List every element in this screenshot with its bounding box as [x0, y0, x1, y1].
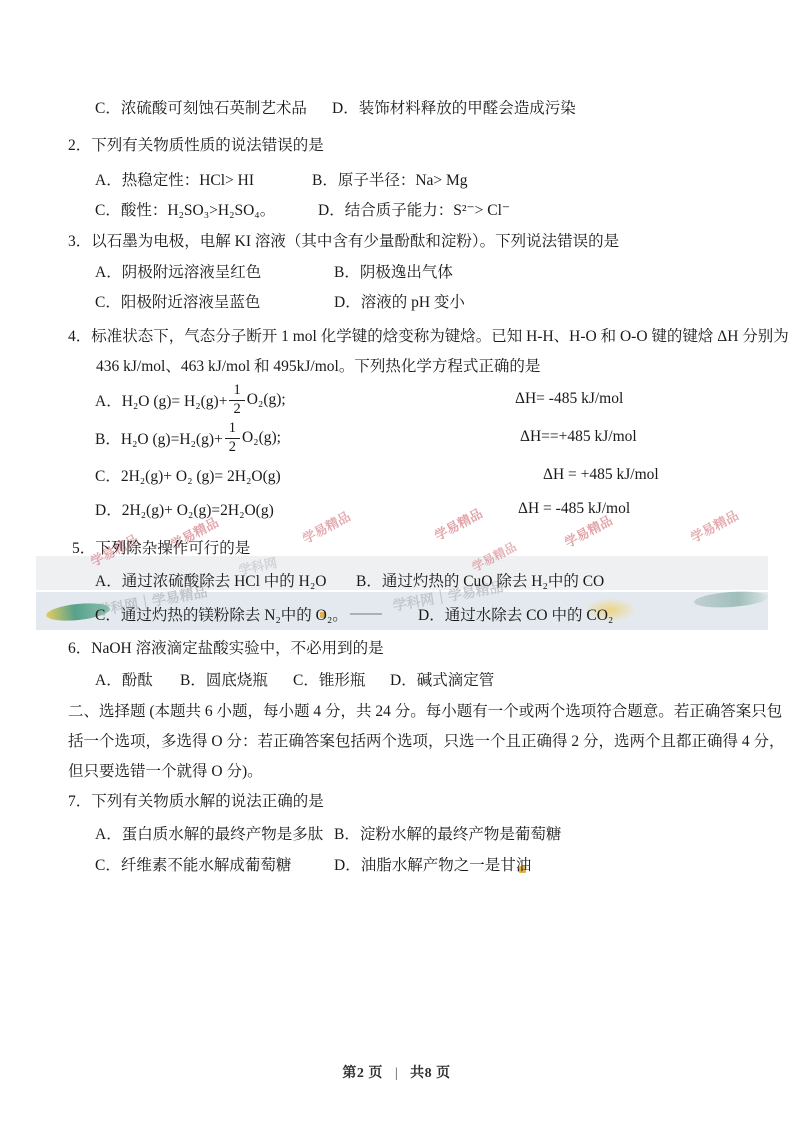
question-3-stem: 3．以石墨为电极，电解 KI 溶液（其中含有少量酚酞和淀粉）。下列说法错误的是 — [68, 231, 619, 252]
question-4-option-c: C．2H₂(g)+ O₂ (g)= 2H₂O(g) — [95, 466, 281, 487]
watermark-text: 学易精品 — [431, 503, 486, 544]
question-4-option-a-dh: ΔH= -485 kJ/mol — [515, 390, 623, 408]
question-1-option-c: C．浓硫酸可刻蚀石英制艺术品 — [95, 98, 307, 119]
question-6-option-d: D．碱式滴定管 — [390, 670, 494, 691]
question-4-option-b: B．H₂O (g)=H₂(g)+ 1 2 O₂(g); — [95, 416, 281, 460]
footer-page-number: 第2 页 — [342, 1066, 383, 1081]
question-1-option-d: D．装饰材料释放的甲醛会造成污染 — [332, 98, 576, 119]
question-5-option-a: A．通过浓硫酸除去 HCl 中的 H₂O — [95, 571, 326, 592]
question-4-option-d: D．2H₂(g)+ O₂(g)=2H₂O(g) — [95, 500, 274, 521]
equation-text: O₂(g); — [242, 429, 281, 447]
question-5-stem: 5．下列除杂操作可行的是 — [72, 538, 250, 559]
question-2-option-c: C．酸性：H₂SO₃>H₂SO₄。 — [95, 200, 275, 221]
page-footer: 第2 页|共8 页 — [0, 1062, 793, 1082]
question-4-option-c-dh: ΔH = +485 kJ/mol — [543, 466, 659, 484]
question-5-option-b: B．通过灼热的 CuO 除去 H₂中的 CO — [356, 571, 604, 592]
question-4-stem-line1: 4．标准状态下，气态分子断开 1 mol 化学键的焓变称为键焓。已知 H-H、H… — [68, 326, 789, 347]
equation-text: A．H₂O (g)= H₂(g)+ — [95, 389, 227, 411]
equation-text: O₂(g); — [247, 391, 286, 409]
question-4-option-b-dh: ΔH==+485 kJ/mol — [520, 428, 637, 446]
question-3-option-a: A．阴极附远溶液呈红色 — [95, 262, 261, 283]
section-2-header-line1: 二、选择题 (本题共 6 小题，每小题 4 分，共 24 分。每小题有一个或两个… — [68, 701, 782, 722]
section-2-header-line2: 括一个选项，多选得 O 分：若正确答案包括两个选项，只选一个且正确得 2 分，选… — [68, 731, 784, 752]
question-2-option-b: B．原子半径：Na> Mg — [312, 170, 468, 191]
question-7-option-b: B．淀粉水解的最终产物是葡萄糖 — [334, 824, 561, 845]
question-4-stem-line2: 436 kJ/mol、463 kJ/mol 和 495kJ/mol。下列热化学方… — [96, 356, 540, 377]
section-2-header-line3: 但只要选错一个就得 O 分)。 — [68, 761, 263, 782]
question-2-option-a: A．热稳定性：HCl> HI — [95, 170, 254, 191]
question-3-option-b: B．阴极逸出气体 — [334, 262, 453, 283]
question-6-stem: 6．NaOH 溶液滴定盐酸实验中，不必用到的是 — [68, 638, 384, 659]
equation-text: B．H₂O (g)=H₂(g)+ — [95, 427, 223, 449]
question-5-option-c: C．通过灼热的镁粉除去 N₂中的 O₂。 — [95, 605, 348, 626]
question-7-option-a: A．蛋白质水解的最终产物是多肽 — [95, 824, 323, 845]
question-2-stem: 2．下列有关物质性质的说法错误的是 — [68, 135, 324, 156]
question-3-option-d: D．溶液的 pH 变小 — [334, 292, 465, 313]
fraction-one-half: 1 2 — [229, 383, 244, 416]
question-7-stem: 7．下列有关物质水解的说法正确的是 — [68, 791, 324, 812]
scan-dash-artifact — [350, 613, 382, 615]
question-7-option-d: D．油脂水解产物之一是甘油 — [334, 855, 531, 876]
fraction-one-half: 1 2 — [225, 421, 240, 454]
exam-paper-page: 学易精品学易精品学易精品学易精品学易精品学易精品学易精品学科网｜学易精品学科网｜… — [0, 0, 793, 1122]
question-6-option-a: A．酚酞 — [95, 670, 153, 691]
question-5-option-d: D．通过水除去 CO 中的 CO₂ — [418, 605, 613, 626]
question-3-option-c: C．阳极附近溶液呈蓝色 — [95, 292, 260, 313]
question-2-option-d: D．结合质子能力：S²⁻> Cl⁻ — [318, 200, 510, 221]
watermark-text: 学易精品 — [687, 505, 742, 546]
question-6-option-c: C．锥形瓶 — [293, 670, 365, 691]
question-4-option-d-dh: ΔH = -485 kJ/mol — [518, 500, 630, 518]
footer-divider: | — [395, 1066, 398, 1082]
question-7-option-c: C．纤维素不能水解成葡萄糖 — [95, 855, 291, 876]
question-6-option-b: B．圆底烧瓶 — [180, 670, 268, 691]
footer-total-pages: 共8 页 — [410, 1066, 451, 1081]
watermark-text: 学易精品 — [299, 506, 354, 547]
